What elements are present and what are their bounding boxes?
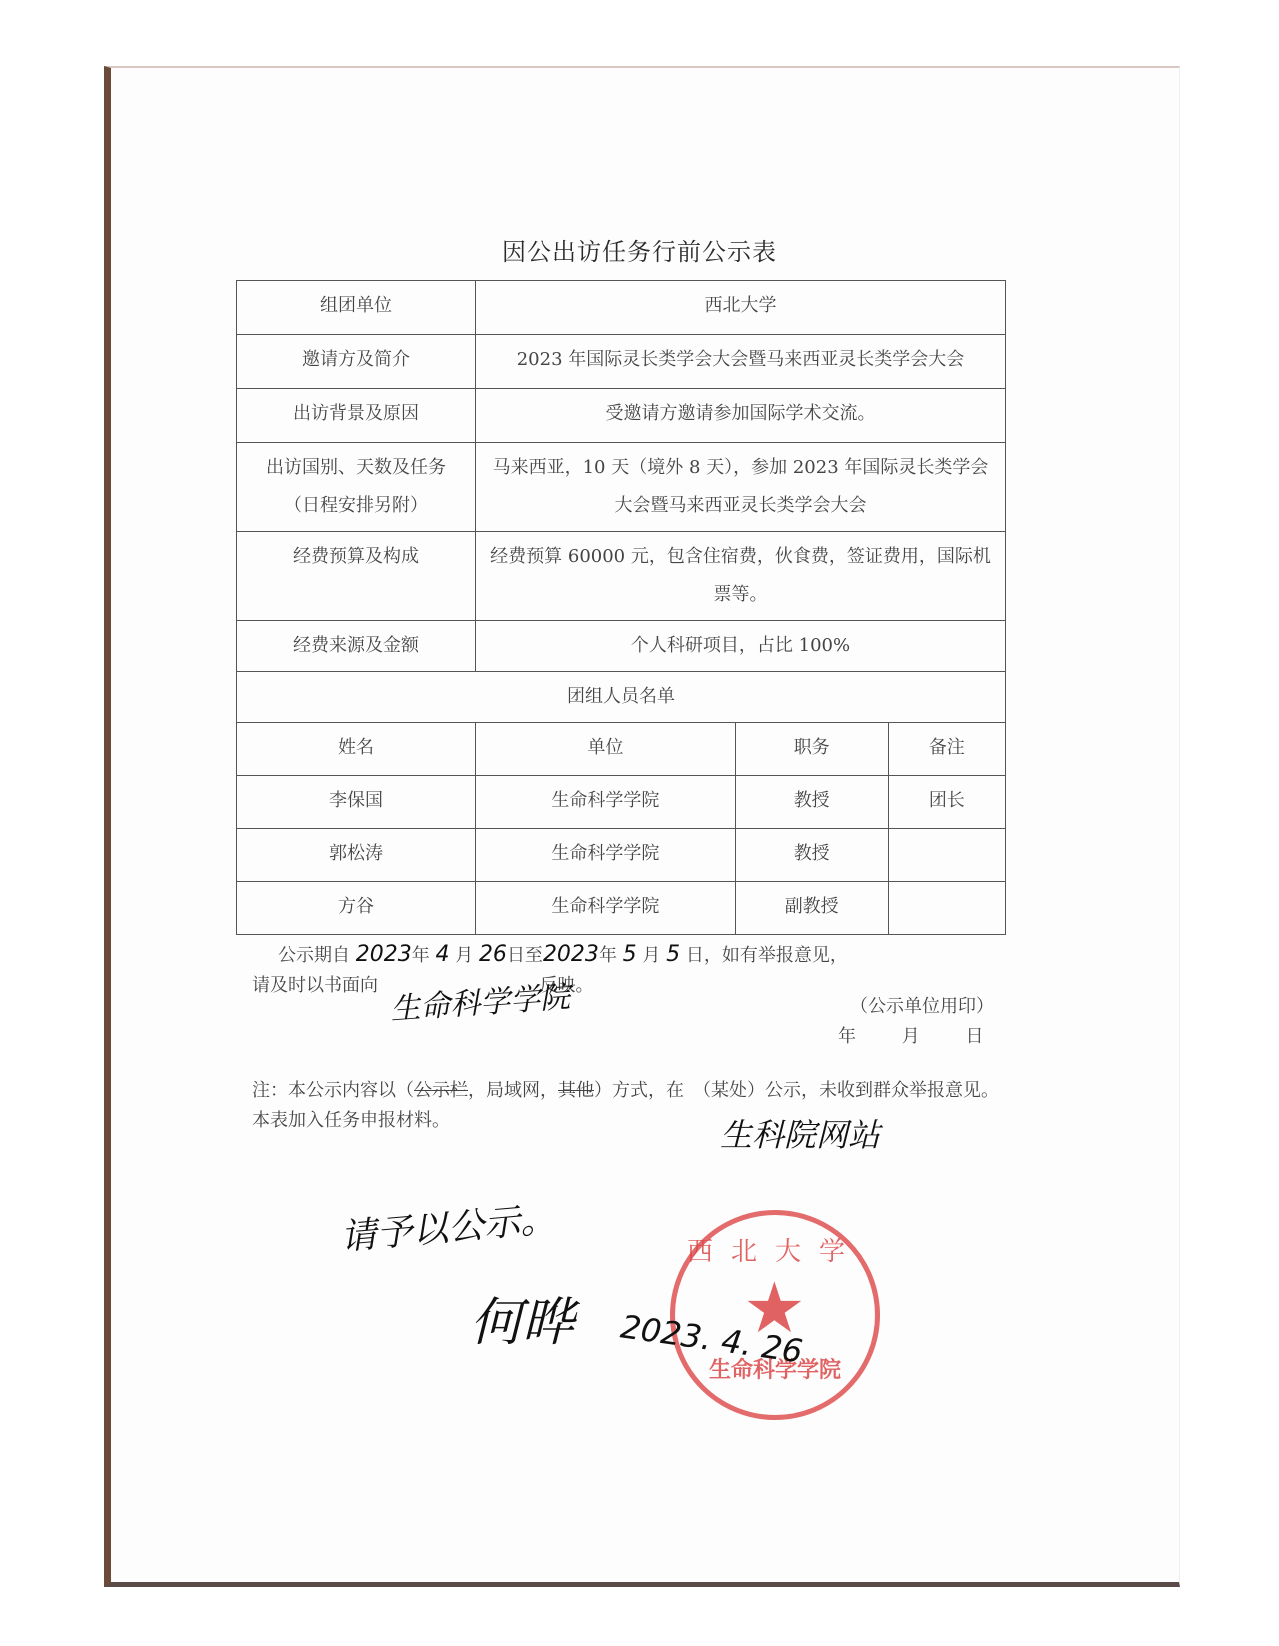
source-label: 经费来源及金额	[237, 621, 476, 672]
member-name: 郭松涛	[237, 829, 476, 882]
source-value: 个人科研项目，占比 100%	[476, 621, 1006, 672]
year-label: 年	[599, 945, 617, 966]
member-name: 李保国	[237, 776, 476, 829]
member-title: 副教授	[735, 882, 888, 935]
member-name: 方谷	[237, 882, 476, 935]
member-title: 教授	[735, 829, 888, 882]
table-row: 李保国 生命科学学院 教授 团长	[237, 776, 1006, 829]
handwritten-signature: 何晔	[470, 1280, 574, 1355]
day-to-label: 日至	[507, 945, 543, 966]
reason-value: 受邀请方邀请参加国际学术交流。	[476, 389, 1006, 443]
start-year: 2023	[356, 942, 412, 967]
col-title: 职务	[735, 723, 888, 776]
seal-note: （公示单位用印）	[850, 992, 994, 1018]
members-header: 团组人员名单	[237, 672, 1006, 723]
publicity-form-table: 组团单位 西北大学 邀请方及简介 2023 年国际灵长类学会大会暨马来西亚灵长类…	[236, 280, 1006, 935]
end-month: 5	[623, 942, 637, 967]
budget-label: 经费预算及构成	[237, 532, 476, 621]
member-unit: 生命科学学院	[476, 829, 736, 882]
notice-suffix: 日，如有举报意见，	[686, 945, 848, 966]
col-unit: 单位	[476, 723, 736, 776]
task-label: 出访国别、天数及任务 （日程安排另附）	[237, 443, 476, 532]
official-seal: 西北大学 ★ 生命科学学院	[670, 1210, 880, 1420]
member-unit: 生命科学学院	[476, 776, 736, 829]
footnote-struck: 公示栏	[414, 1080, 468, 1101]
end-day: 5	[666, 942, 680, 967]
task-label-line2: （日程安排另附）	[245, 487, 467, 525]
document-title: 因公出访任务行前公示表	[0, 232, 1279, 267]
task-label-line1: 出访国别、天数及任务	[245, 449, 467, 487]
footnote-struck: 其他	[558, 1080, 594, 1101]
member-note: 团长	[888, 776, 1005, 829]
footnote-part: ，局域网，	[468, 1080, 558, 1101]
task-value: 马来西亚，10 天（境外 8 天），参加 2023 年国际灵长类学会大会暨马来西…	[476, 443, 1006, 532]
start-month: 4	[435, 942, 449, 967]
member-note	[888, 882, 1005, 935]
members-column-header: 姓名 单位 职务 备注	[237, 723, 1006, 776]
org-value: 西北大学	[476, 281, 1006, 335]
table-row: 方谷 生命科学学院 副教授	[237, 882, 1006, 935]
table-row: 郭松涛 生命科学学院 教授	[237, 829, 1006, 882]
member-unit: 生命科学学院	[476, 882, 736, 935]
date-blank: 年 月 日	[838, 1022, 983, 1048]
col-name: 姓名	[237, 723, 476, 776]
handwritten-approval-note: 生科院网站	[720, 1110, 880, 1156]
footnote: 注：本公示内容以（公示栏，局域网，其他）方式，在 （某处）公示，未收到群众举报意…	[252, 1076, 1012, 1136]
org-label: 组团单位	[237, 281, 476, 335]
notice-prefix: 公示期自	[252, 945, 350, 966]
inviter-label: 邀请方及简介	[237, 335, 476, 389]
reason-label: 出访背景及原因	[237, 389, 476, 443]
end-year: 2023	[543, 942, 599, 967]
month-label: 月	[455, 945, 473, 966]
inviter-value: 2023 年国际灵长类学会大会暨马来西亚灵长类学会大会	[476, 335, 1006, 389]
month-label: 月	[642, 945, 660, 966]
member-title: 教授	[735, 776, 888, 829]
footnote-part: 注：本公示内容以（	[252, 1080, 414, 1101]
start-day: 26	[479, 942, 507, 967]
notice-line2-prefix: 请及时以书面向	[252, 975, 378, 996]
col-note: 备注	[888, 723, 1005, 776]
member-note	[888, 829, 1005, 882]
budget-value: 经费预算 60000 元，包含住宿费，伙食费，签证费用，国际机票等。	[476, 532, 1006, 621]
seal-top-text: 西北大学	[675, 1231, 875, 1268]
year-label: 年	[412, 945, 430, 966]
